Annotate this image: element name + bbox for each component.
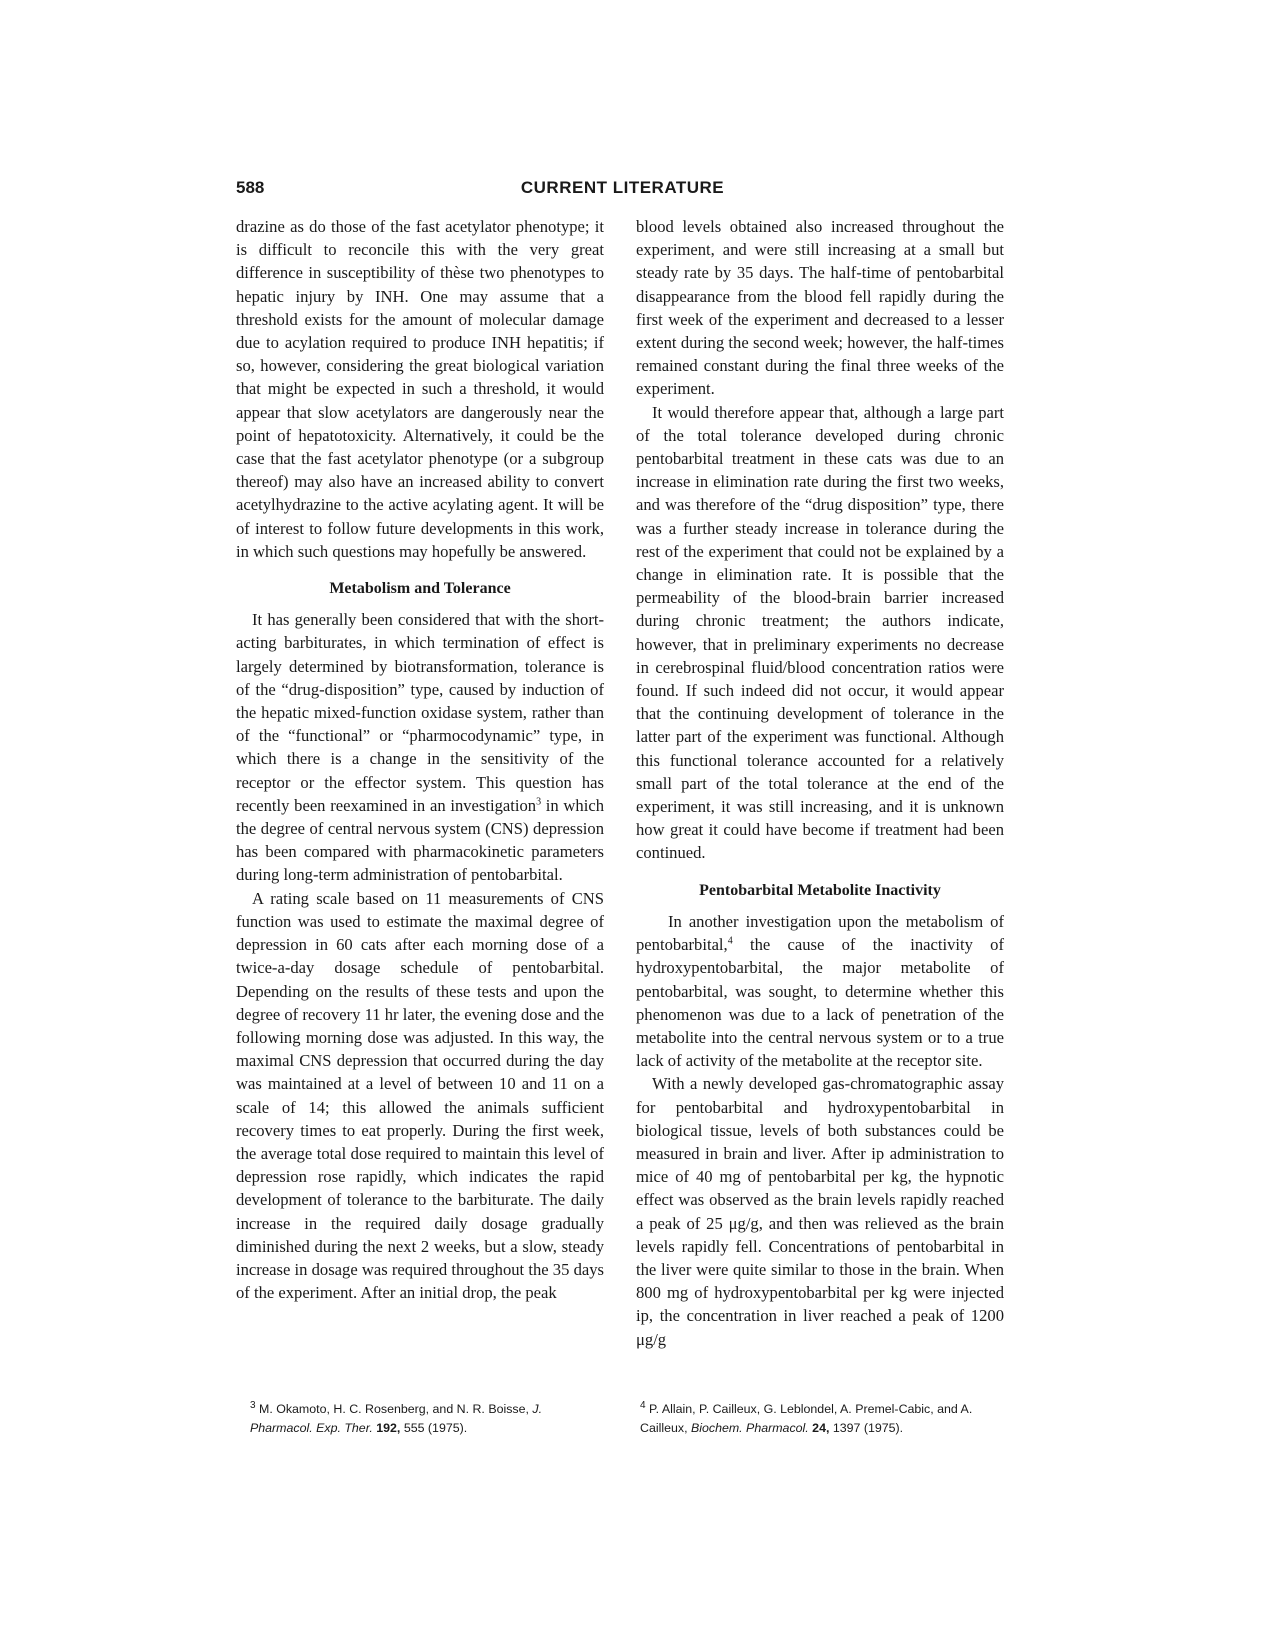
page-header: 588 CURRENT LITERATURE [236, 178, 1009, 200]
footnote-3: 3 M. Okamoto, H. C. Rosenberg, and N. R.… [236, 1400, 606, 1438]
footnote-pages: 1397 (1975). [829, 1421, 903, 1435]
section-heading-metabolism: Metabolism and Tolerance [236, 577, 604, 600]
paragraph: A rating scale based on 11 measurements … [236, 887, 604, 1305]
footnote-volume: 192, [373, 1421, 401, 1435]
running-head: CURRENT LITERATURE [236, 178, 1009, 198]
footnote-volume: 24, [809, 1421, 830, 1435]
right-column: blood levels obtained also increased thr… [636, 215, 1004, 1351]
section-heading-pentobarbital: Pentobarbital Metabolite Inactivity [636, 879, 1004, 902]
paragraph: With a newly developed gas-chromatograph… [636, 1072, 1004, 1350]
paragraph: It would therefore appear that, although… [636, 401, 1004, 865]
paragraph-text: It has generally been considered that wi… [236, 610, 604, 815]
footnote-authors: M. Okamoto, H. C. Rosenberg, and N. R. B… [256, 1402, 533, 1416]
paragraph-text: the cause of the inactivity of hydroxype… [636, 935, 1004, 1070]
paragraph: drazine as do those of the fast acetylat… [236, 215, 604, 563]
left-column: drazine as do those of the fast acetylat… [236, 215, 604, 1304]
footnote-pages: 555 (1975). [400, 1421, 467, 1435]
footnote-4: 4 P. Allain, P. Cailleux, G. Leblondel, … [626, 1400, 996, 1438]
paragraph: It has generally been considered that wi… [236, 608, 604, 886]
paragraph: blood levels obtained also increased thr… [636, 215, 1004, 401]
paragraph: In another investigation upon the metabo… [636, 910, 1004, 1072]
footnote-journal: Biochem. Pharmacol. [691, 1421, 809, 1435]
